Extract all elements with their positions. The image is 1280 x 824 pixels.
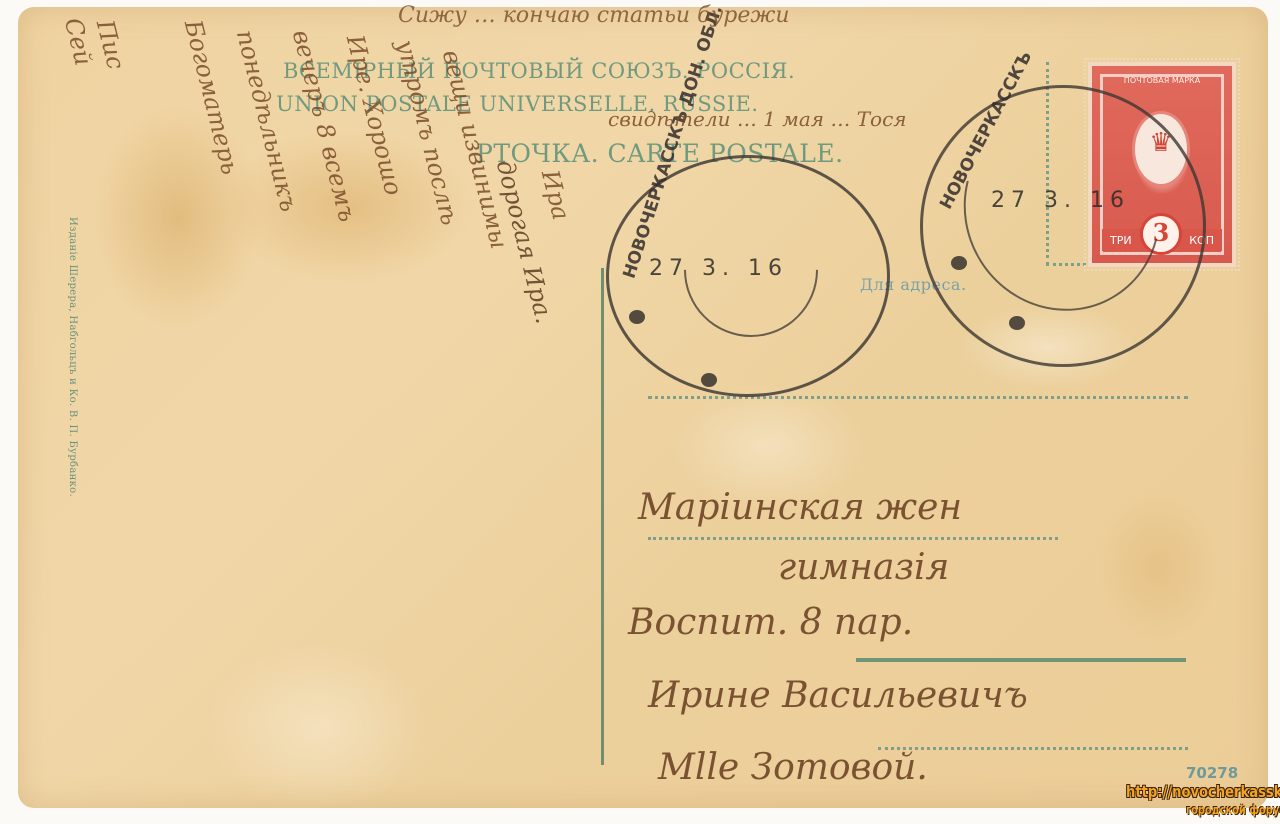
- address-solid-line: [856, 658, 1186, 662]
- watermark-url[interactable]: http://novocherkassk.net/: [1126, 782, 1280, 801]
- address-line-4: Ирине Васильевичъ: [648, 675, 1028, 716]
- top-handwritten-line: Сижу … кончаю статьи бурежи: [398, 3, 790, 28]
- watermark-subtitle: городской форум: [1186, 803, 1280, 817]
- postmark-center: 27 3. 16 НОВОЧЕРКАССКЪ ДОН. ОБЛ.: [606, 155, 890, 397]
- postmark-dot: [629, 310, 645, 324]
- postmark-date: 27 3. 16: [649, 256, 788, 281]
- publisher-imprint: Изданiе Шерера, Набгольцъ и Ко. В. П. Бу…: [67, 217, 78, 497]
- address-line-2: гимназiя: [778, 547, 949, 588]
- serial-number: 70278: [1186, 764, 1238, 782]
- message-line: Ира: [536, 167, 575, 223]
- corner-note: свидѣтели … 1 мая … Тося: [608, 107, 907, 131]
- postmark-dot: [951, 256, 967, 270]
- divider-line: [601, 268, 604, 765]
- address-line-3: Воспит. 8 пар.: [628, 602, 913, 643]
- postmark-dot: [1009, 316, 1025, 330]
- address-line-5: Mlle Зотовой.: [658, 747, 928, 788]
- address-dotted-line-1: [648, 396, 1188, 399]
- postmark-date: 27 3. 16: [991, 188, 1130, 213]
- stamp-top-text: ПОЧТОВАЯ МАРКА: [1092, 76, 1232, 85]
- address-line-1: Марiинская жен: [638, 487, 962, 528]
- postmark-right: 27 3. 16 НОВОЧЕРКАССКЪ: [920, 85, 1206, 367]
- message-line: Пис: [91, 17, 130, 72]
- postcard-back: ВСЕМIРНЫЙ ПОЧТОВЫЙ СОЮЗЪ. РОССIЯ. UNION …: [18, 7, 1268, 808]
- postmark-dot: [701, 373, 717, 387]
- address-dotted-line-2: [648, 537, 1058, 540]
